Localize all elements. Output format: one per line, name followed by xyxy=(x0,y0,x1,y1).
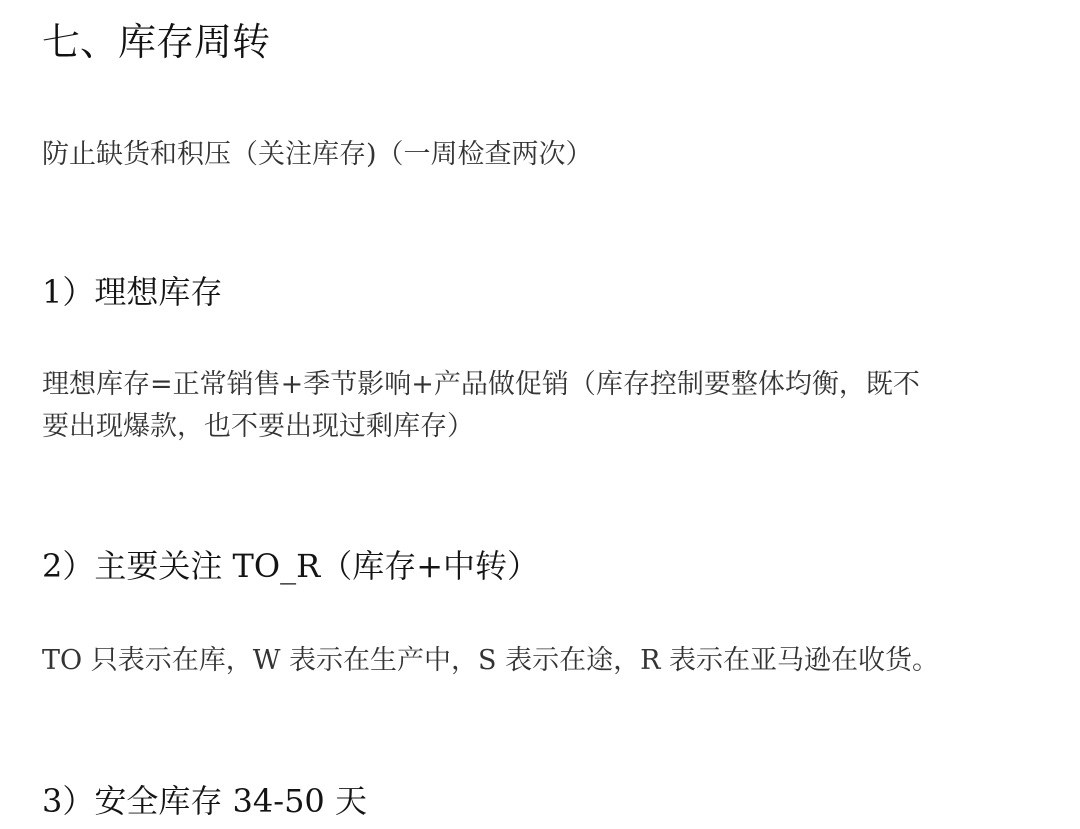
section-paragraph-ideal-inventory: 理想库存=正常销售+季节影响+产品做促销（库存控制要整体均衡，既不 要出现爆款，… xyxy=(42,364,1042,448)
section-heading-safety-stock: 3）安全库存 34-50 天 xyxy=(42,781,367,821)
paragraph-line: 要出现爆款，也不要出现过剩库存） xyxy=(42,406,1042,448)
section-heading-to-r: 2）主要关注 TO_R（库存+中转） xyxy=(42,546,539,586)
section-paragraph-to-r: TO 只表示在库，W 表示在生产中，S 表示在途，R 表示在亚马逊在收货。 xyxy=(42,640,939,682)
page-title: 七、库存周转 xyxy=(42,18,270,66)
paragraph-line: 理想库存=正常销售+季节影响+产品做促销（库存控制要整体均衡，既不 xyxy=(42,364,1042,406)
intro-text: 防止缺货和积压（关注库存)（一周检查两次） xyxy=(42,134,593,176)
section-heading-ideal-inventory: 1）理想库存 xyxy=(42,272,222,312)
